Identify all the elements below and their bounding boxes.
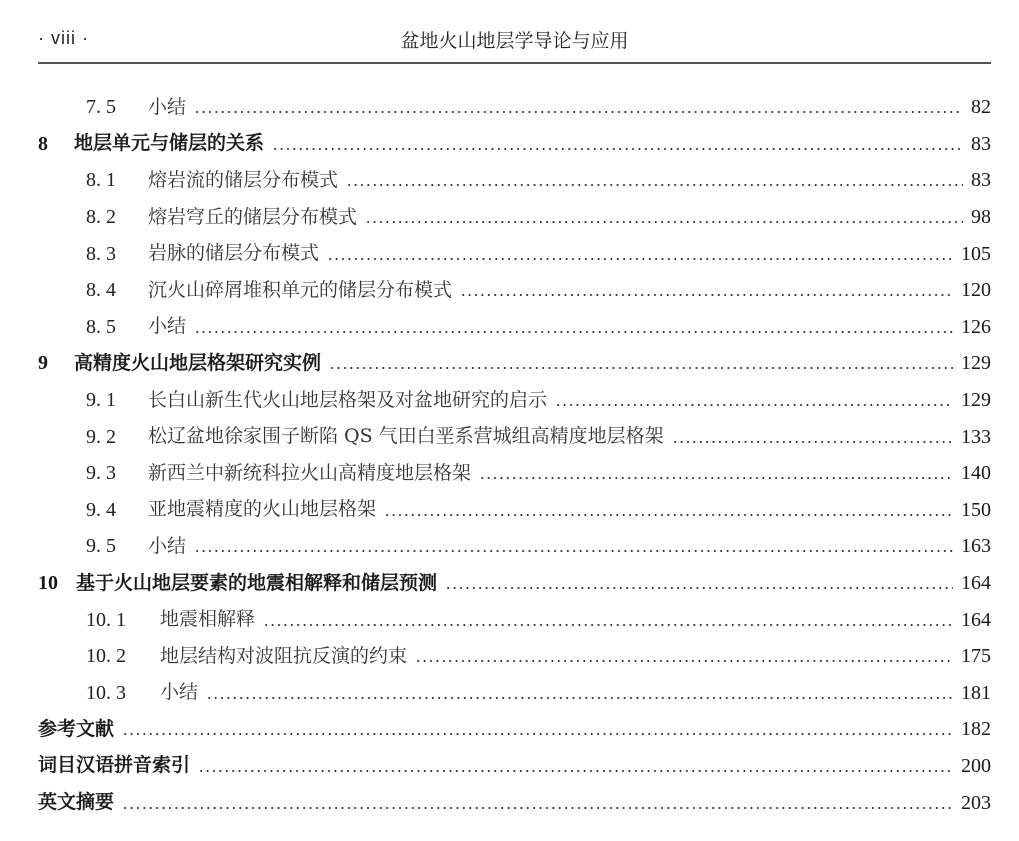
toc-entry-title: 词目汉语拼音索引 — [38, 756, 190, 775]
toc-pinyin-index[interactable]: 词目汉语拼音索引 200 — [38, 748, 991, 785]
toc-references[interactable]: 参考文献 182 — [38, 711, 991, 748]
toc-chapter-number: 8 — [38, 134, 74, 154]
toc-entry-title: 小结 — [148, 537, 186, 556]
dot-leader — [272, 134, 963, 154]
toc-entry-9-4[interactable]: 9. 4 亚地震精度的火山地层格架 150 — [38, 492, 991, 529]
dot-leader — [327, 244, 953, 264]
toc-entry-page: 200 — [961, 756, 991, 776]
dot-leader — [329, 353, 953, 373]
toc-entry-number: 7. 5 — [86, 97, 148, 117]
dot-leader — [445, 573, 953, 593]
toc-entry-number: 8. 4 — [86, 280, 148, 300]
toc-chapter-number: 9 — [38, 353, 74, 373]
toc-entry-page: 98 — [971, 207, 991, 227]
toc-entry-page: 164 — [961, 610, 991, 630]
toc-entry-page: 133 — [961, 427, 991, 447]
toc-chapter-title: 地层单元与储层的关系 — [74, 134, 264, 153]
toc-entry-page: 181 — [961, 683, 991, 703]
toc-chapter-number: 10 — [38, 573, 76, 593]
toc-entry-page: 126 — [961, 317, 991, 337]
toc-entry-title: 地震相解释 — [160, 610, 255, 629]
toc-entry-number: 9. 5 — [86, 536, 148, 556]
dot-leader — [672, 427, 953, 447]
toc-entry-page: 129 — [961, 353, 991, 373]
toc-entry-page: 129 — [961, 390, 991, 410]
toc-entry-number: 9. 3 — [86, 463, 148, 483]
toc-entry-title: 熔岩穹丘的储层分布模式 — [148, 208, 357, 227]
toc-entry-title: 沉火山碎屑堆积单元的储层分布模式 — [148, 281, 452, 300]
toc-entry-9-3[interactable]: 9. 3 新西兰中新统科拉火山高精度地层格架 140 — [38, 455, 991, 492]
toc-entry-page: 83 — [971, 170, 991, 190]
dot-leader — [194, 317, 953, 337]
dot-leader — [263, 610, 953, 630]
toc-entry-10-3[interactable]: 10. 3 小结 181 — [38, 675, 991, 712]
toc-entry-page: 83 — [971, 134, 991, 154]
toc-entry-number: 9. 1 — [86, 390, 148, 410]
toc-english-abstract[interactable]: 英文摘要 203 — [38, 784, 991, 821]
toc-entry-number: 10. 1 — [86, 610, 160, 630]
page-header: · viii · 盆地火山地层学导论与应用 — [38, 22, 991, 64]
toc-entry-9-5[interactable]: 9. 5 小结 163 — [38, 528, 991, 565]
toc-entry-title: 小结 — [148, 98, 186, 117]
toc-entry-page: 203 — [961, 793, 991, 813]
dot-leader — [194, 97, 963, 117]
dot-leader — [194, 536, 953, 556]
toc-entry-page: 82 — [971, 97, 991, 117]
running-title: 盆地火山地层学导论与应用 — [38, 26, 991, 53]
toc-entry-10-1[interactable]: 10. 1 地震相解释 164 — [38, 601, 991, 638]
toc-entry-8-2[interactable]: 8. 2 熔岩穹丘的储层分布模式 98 — [38, 199, 991, 236]
toc-entry-title: 新西兰中新统科拉火山高精度地层格架 — [148, 464, 471, 483]
toc-entry-page: 182 — [961, 719, 991, 739]
toc-entry-8-3[interactable]: 8. 3 岩脉的储层分布模式 105 — [38, 235, 991, 272]
dot-leader — [206, 683, 953, 703]
toc-entry-title: 参考文献 — [38, 720, 114, 739]
toc-entry-title: 小结 — [148, 317, 186, 336]
toc-entry-title: 英文摘要 — [38, 793, 114, 812]
toc-chapter-9[interactable]: 9 高精度火山地层格架研究实例 129 — [38, 345, 991, 382]
toc-entry-page: 120 — [961, 280, 991, 300]
dot-leader — [122, 719, 953, 739]
toc-entry-9-1[interactable]: 9. 1 长白山新生代火山地层格架及对盆地研究的启示 129 — [38, 382, 991, 419]
toc-chapter-8[interactable]: 8 地层单元与储层的关系 83 — [38, 126, 991, 163]
dot-leader — [415, 646, 953, 666]
toc-entry-8-4[interactable]: 8. 4 沉火山碎屑堆积单元的储层分布模式 120 — [38, 272, 991, 309]
toc-entry-title: 亚地震精度的火山地层格架 — [148, 500, 376, 519]
toc-entry-title: 岩脉的储层分布模式 — [148, 244, 319, 263]
toc-entry-8-1[interactable]: 8. 1 熔岩流的储层分布模式 83 — [38, 162, 991, 199]
toc-chapter-title: 高精度火山地层格架研究实例 — [74, 354, 321, 373]
toc-entry-title: 地层结构对波阻抗反演的约束 — [160, 647, 407, 666]
toc-entry-number: 9. 4 — [86, 500, 148, 520]
toc-entry-title: 长白山新生代火山地层格架及对盆地研究的启示 — [148, 391, 547, 410]
dot-leader — [365, 207, 963, 227]
toc-entry-number: 8. 2 — [86, 207, 148, 227]
toc-entry-number: 8. 3 — [86, 244, 148, 264]
toc-chapter-title: 基于火山地层要素的地震相解释和储层预测 — [76, 574, 437, 593]
toc-entry-title: 松辽盆地徐家围子断陷 QS 气田白垩系营城组高精度地层格架 — [148, 427, 664, 446]
toc-entry-9-2[interactable]: 9. 2 松辽盆地徐家围子断陷 QS 气田白垩系营城组高精度地层格架 133 — [38, 418, 991, 455]
toc-entry-page: 150 — [961, 500, 991, 520]
dot-leader — [122, 793, 953, 813]
dot-leader — [198, 756, 953, 776]
toc-chapter-10[interactable]: 10 基于火山地层要素的地震相解释和储层预测 164 — [38, 565, 991, 602]
toc-entry-7-5[interactable]: 7. 5 小结 82 — [38, 89, 991, 126]
toc-entry-title: 熔岩流的储层分布模式 — [148, 171, 338, 190]
toc-entry-number: 8. 1 — [86, 170, 148, 190]
toc-entry-page: 163 — [961, 536, 991, 556]
toc-entry-10-2[interactable]: 10. 2 地层结构对波阻抗反演的约束 175 — [38, 638, 991, 675]
toc-entry-page: 140 — [961, 463, 991, 483]
dot-leader — [346, 170, 963, 190]
toc-entry-number: 10. 3 — [86, 683, 160, 703]
toc-entry-title: 小结 — [160, 683, 198, 702]
toc-entry-page: 175 — [961, 646, 991, 666]
toc-entry-number: 10. 2 — [86, 646, 160, 666]
toc-entry-number: 9. 2 — [86, 427, 148, 447]
dot-leader — [555, 390, 953, 410]
dot-leader — [479, 463, 953, 483]
dot-leader — [384, 500, 953, 520]
toc-entry-page: 164 — [961, 573, 991, 593]
toc-entry-8-5[interactable]: 8. 5 小结 126 — [38, 309, 991, 346]
toc-entry-page: 105 — [961, 244, 991, 264]
dot-leader — [460, 280, 953, 300]
table-of-contents: 7. 5 小结 82 8 地层单元与储层的关系 83 8. 1 熔岩流的储层分布… — [38, 89, 991, 821]
toc-entry-number: 8. 5 — [86, 317, 148, 337]
